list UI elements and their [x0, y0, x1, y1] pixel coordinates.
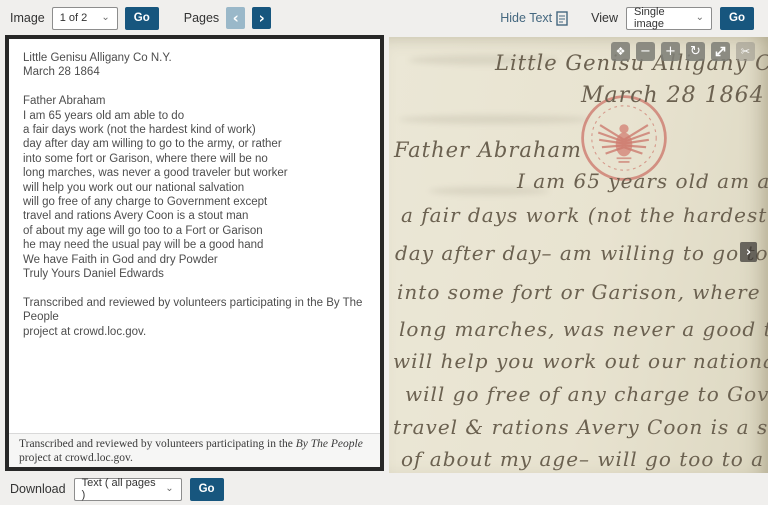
top-toolbar-right: Hide Text View Single image ⌄ Go — [500, 7, 754, 30]
image-label: Image — [10, 11, 45, 25]
scissors-icon: ✂ — [741, 46, 750, 57]
next-image-overlay-button[interactable]: › — [740, 242, 757, 262]
manuscript-line: day after day– am willing to go to the a… — [395, 241, 768, 265]
rotate-icon: ↻ — [690, 45, 701, 58]
transcription-text: Little Genisu Alligany Co N.Y. March 28 … — [9, 39, 380, 433]
manuscript-line: March 28 1864 — [581, 83, 765, 108]
zoom-out-button[interactable]: − — [636, 42, 655, 61]
chevron-right-icon: › — [259, 11, 265, 26]
chevron-down-icon: ⌄ — [157, 483, 173, 494]
zoom-in-button[interactable]: + — [661, 42, 680, 61]
footer-text-suffix: project at crowd.loc.gov. — [19, 452, 133, 464]
top-toolbar: Image 1 of 2 ⌄ Go Pages ‹ › Hide Text Vi… — [0, 0, 768, 36]
rotate-button[interactable]: ↻ — [686, 42, 705, 61]
download-go-button[interactable]: Go — [190, 478, 224, 501]
home-icon: ❖ — [616, 46, 626, 57]
image-viewer-toolbar: ❖ − + ↻ ✂ — [611, 42, 755, 61]
fullscreen-button[interactable] — [711, 42, 730, 61]
fullscreen-icon — [715, 46, 726, 57]
download-select-value: Text ( all pages ) — [82, 477, 158, 501]
hide-text-label: Hide Text — [500, 11, 552, 25]
manuscript-line: will go free of any charge to Government — [405, 382, 768, 406]
minus-icon: − — [640, 45, 651, 58]
chevron-right-icon: › — [746, 245, 751, 260]
pages-label: Pages — [184, 11, 219, 25]
home-button[interactable]: ❖ — [611, 42, 630, 61]
image-select[interactable]: 1 of 2 ⌄ — [52, 7, 118, 30]
chevron-down-icon: ⌄ — [93, 12, 109, 23]
manuscript-line: travel & rations Avery Coon is a sto — [393, 415, 768, 439]
manuscript-line: a fair days work (not the hardest kin — [401, 203, 768, 227]
footer-project-name: By The People — [296, 438, 363, 450]
transcription-footer: Transcribed and reviewed by volunteers p… — [9, 433, 380, 467]
view-go-button[interactable]: Go — [720, 7, 754, 30]
manuscript-line: will help you work out our national sa — [393, 349, 768, 373]
chevron-left-icon: ‹ — [233, 11, 239, 26]
transcription-panel: Little Genisu Alligany Co N.Y. March 28 … — [5, 35, 384, 471]
manuscript-line: I am 65 years old am a — [517, 169, 768, 193]
image-go-button[interactable]: Go — [125, 7, 159, 30]
manuscript-line: Father Abraham — [394, 138, 582, 162]
download-select[interactable]: Text ( all pages ) ⌄ — [74, 478, 182, 501]
download-label: Download — [10, 482, 66, 496]
ink-bleed-smudge — [399, 115, 589, 124]
download-bar: Download Text ( all pages ) ⌄ Go — [0, 473, 768, 505]
manuscript-line: into some fort or Garison, where there w — [397, 280, 768, 304]
plus-icon: + — [665, 45, 676, 58]
document-icon — [556, 11, 569, 26]
chevron-down-icon: ⌄ — [688, 12, 704, 23]
view-select-value: Single image — [634, 6, 688, 30]
hide-text-link[interactable]: Hide Text — [500, 11, 569, 26]
view-select[interactable]: Single image ⌄ — [626, 7, 712, 30]
manuscript-image-viewer[interactable]: Little Genisu Alligany Co . March 28 186… — [389, 37, 768, 473]
footer-text: Transcribed and reviewed by volunteers p… — [19, 438, 296, 450]
next-page-button[interactable]: › — [252, 7, 271, 29]
manuscript-line: long marches, was never a good traveler … — [399, 317, 768, 341]
previous-page-button[interactable]: ‹ — [226, 7, 245, 29]
crop-button[interactable]: ✂ — [736, 42, 755, 61]
manuscript-line: of about my age– will go too to a For — [401, 447, 768, 471]
image-select-value: 1 of 2 — [60, 12, 88, 24]
view-label: View — [591, 11, 618, 25]
